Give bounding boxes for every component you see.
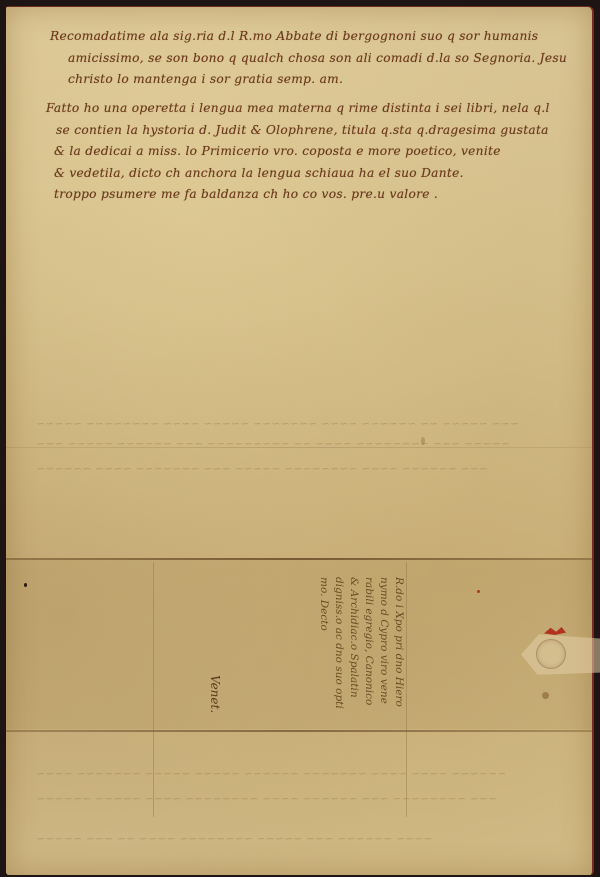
handwritten-line: & vedetila, dicto ch anchora la lengua s… <box>46 163 550 185</box>
address-block: R.do i Xpo pri dno Hiero nymo d Cypro vi… <box>316 577 406 709</box>
horizontal-fold-line <box>6 730 592 732</box>
bleed-through-text: ~~~~~~ ~~~~ ~~~~ ~~~~~~~ ~~~~~~ ~~~~~ ~~… <box>36 767 506 780</box>
paper-sheet: ~~~ ~~~~~ ~~ ~~~~~~ ~~~~ ~~~~~~~ ~~~~~ ~… <box>6 6 594 875</box>
bleed-through-text: ~~~ ~~~~~~ ~~~~ ~~~~~~~~ ~~~~~ ~~~ ~~~~~… <box>36 462 488 475</box>
ink-stain <box>421 437 425 445</box>
address-line: rabili egregio, Canonico <box>361 577 376 709</box>
ink-dot <box>24 583 27 587</box>
handwritten-line: Recomadatime ala sig.ria d.l R.mo Abbate… <box>50 26 567 48</box>
handwritten-line: amicissimo, se son bono q qualch chosa s… <box>50 48 567 70</box>
place-signature: Venet. <box>208 675 222 713</box>
letter-paragraph-2: Fatto ho una operetta i lengua mea mater… <box>46 98 550 206</box>
bleed-through-text: ~~~ ~~~~~ ~~ ~~~~~~ ~~~~ ~~~~~~~ ~~~~~ ~… <box>36 417 519 430</box>
ink-stain <box>542 692 549 699</box>
handwritten-line: se contien la hystoria d. Judit & Olophr… <box>46 120 550 142</box>
bleed-through-text: ~~~~ ~~~~~~ ~~~ ~~~~~ ~~~~~~~~ ~~~~ ~~ ~… <box>36 832 433 845</box>
address-line: nymo d Cypro viro vene <box>376 577 391 709</box>
address-line: R.do i Xpo pri dno Hiero <box>391 577 406 709</box>
manuscript-scan: ~~~ ~~~~~ ~~ ~~~~~~ ~~~~ ~~~~~~~ ~~~~~ ~… <box>0 0 600 877</box>
letter-paragraph-1: Recomadatime ala sig.ria d.l R.mo Abbate… <box>50 26 567 91</box>
address-line: & Archidiac.o Spalatin <box>346 577 361 709</box>
red-speck <box>477 590 480 593</box>
handwritten-line: christo lo mantenga i sor gratia semp. a… <box>50 69 567 91</box>
address-line: digniss.o ac dno suo opti <box>331 577 346 709</box>
handwritten-line: troppo psumere me fa baldanza ch ho co v… <box>46 184 550 206</box>
address-line: mo. Decto <box>316 577 331 709</box>
seal-impression-icon <box>536 639 566 669</box>
handwritten-line: & la dedicai a miss. lo Primicerio vro. … <box>46 141 550 163</box>
bleed-through-text: ~~~~~ ~~~ ~~~~~~~~ ~~~~ ~~ ~~~~~~~~~ ~~~… <box>36 437 510 450</box>
handwritten-line: Fatto ho una operetta i lengua mea mater… <box>46 98 550 120</box>
folded-panel-shade <box>6 559 592 729</box>
bleed-through-text: ~~~ ~~~~~~~~ ~~~ ~~~~~~ ~~~~ ~~~~~~~~ ~~… <box>36 792 497 805</box>
